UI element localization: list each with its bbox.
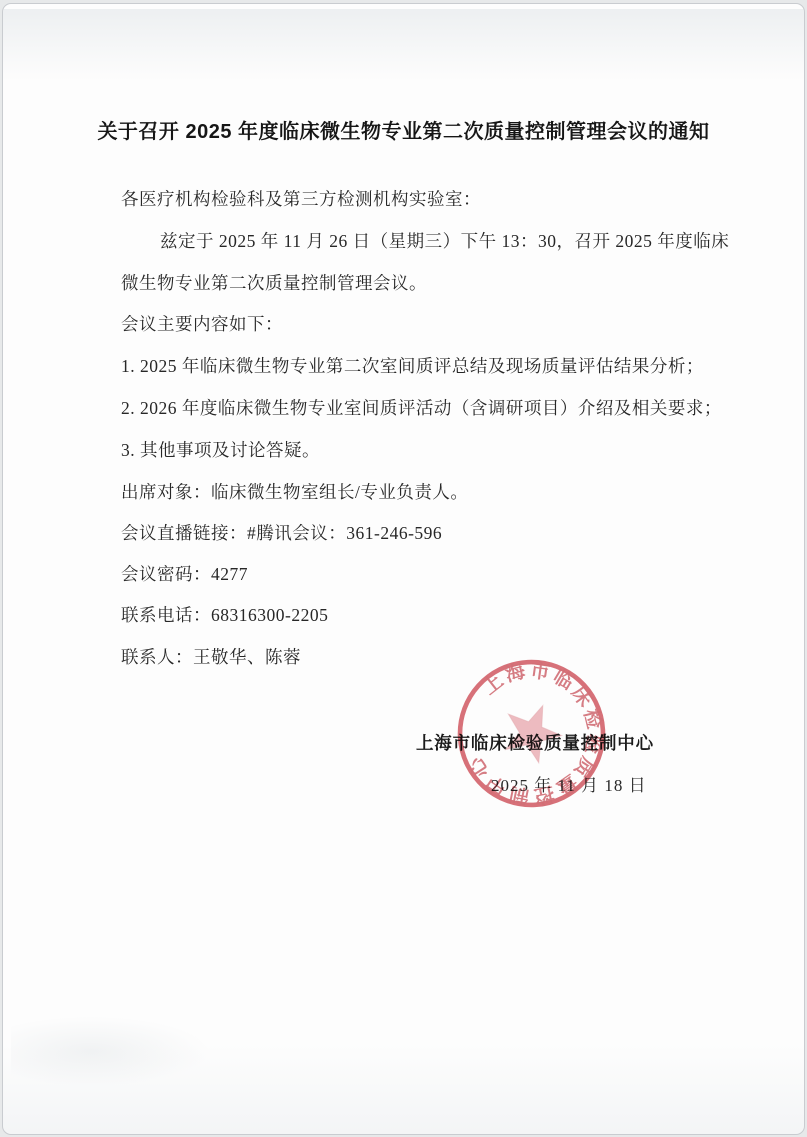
- scan-artifact-bottom: [3, 1044, 804, 1134]
- agenda-item-1: 1. 2025 年临床微生物专业第二次室间质评总结及现场质量评估结果分析；: [121, 355, 704, 377]
- agenda-item-3: 3. 其他事项及讨论答疑。: [121, 439, 320, 461]
- agenda-item-2: 2. 2026 年度临床微生物专业室间质评活动（含调研项目）介绍及相关要求；: [121, 397, 722, 419]
- salutation: 各医疗机构检验科及第三方检测机构实验室：: [121, 188, 481, 210]
- attendees-line: 出席对象：临床微生物室组长/专业负责人。: [121, 481, 468, 503]
- seal-star-icon: [496, 695, 570, 767]
- page: 关于召开 2025 年度临床微生物专业第二次质量控制管理会议的通知 各医疗机构检…: [2, 3, 805, 1135]
- official-seal: 上海市临床检验质量控制中心: [455, 657, 608, 810]
- scan-artifact-top: [3, 9, 804, 81]
- notice-title: 关于召开 2025 年度临床微生物专业第二次质量控制管理会议的通知: [3, 115, 804, 144]
- scanned-notice-document: 关于召开 2025 年度临床微生物专业第二次质量控制管理会议的通知 各医疗机构检…: [0, 0, 807, 1137]
- scan-smudge: [11, 1016, 211, 1086]
- meeting-time-line-1: 兹定于 2025 年 11 月 26 日（星期三）下午 13：30，召开 202…: [160, 230, 729, 252]
- agenda-heading: 会议主要内容如下：: [121, 313, 283, 335]
- phone-line: 联系电话：68316300-2205: [121, 604, 328, 626]
- meeting-time-line-2: 微生物专业第二次质量控制管理会议。: [121, 272, 427, 294]
- live-link-line: 会议直播链接：#腾讯会议：361-246-596: [121, 522, 442, 544]
- contacts-line: 联系人：王敬华、陈蓉: [121, 646, 301, 668]
- password-line: 会议密码：4277: [121, 563, 248, 585]
